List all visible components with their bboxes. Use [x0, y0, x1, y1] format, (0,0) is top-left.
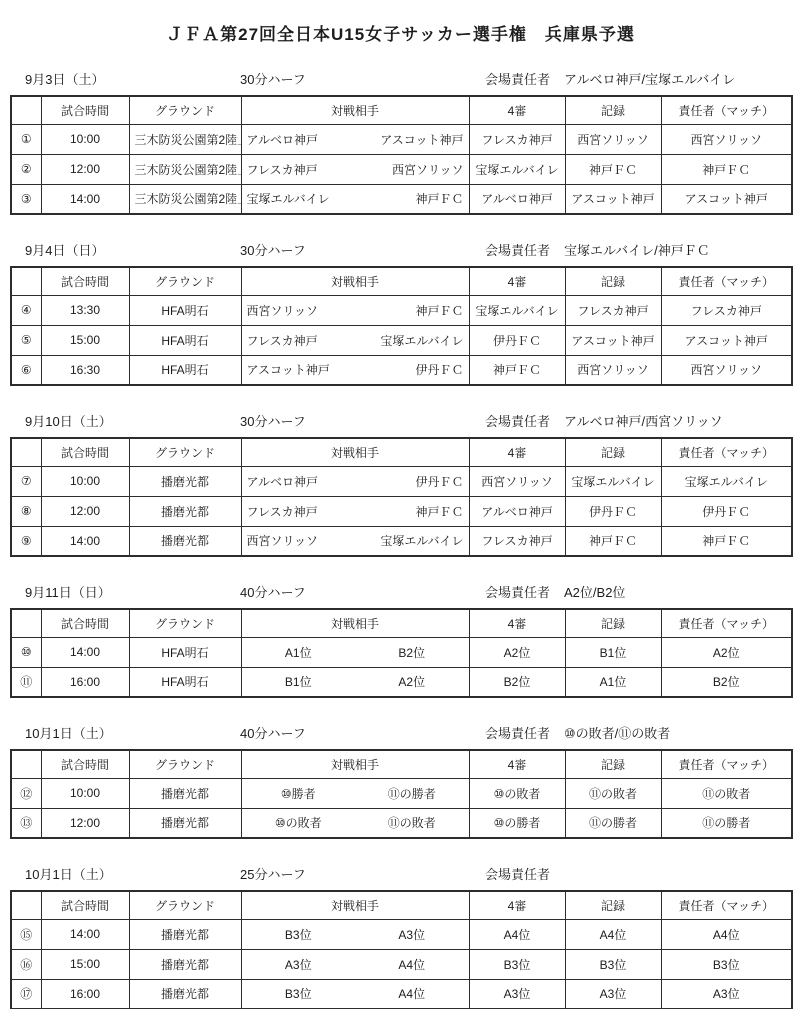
match-time: 12:00: [41, 496, 129, 526]
recorder: 神戸ＦＣ: [565, 154, 661, 184]
section-half-duration: 40分ハーフ: [240, 723, 485, 742]
col-header-matchup: 対戦相手: [241, 438, 469, 466]
schedule-section: 9月11日（日）40分ハーフ会場責任者A2位/B2位試合時間グラウンド対戦相手4…: [10, 582, 791, 698]
table-header-row: 試合時間グラウンド対戦相手4審記録責任者（マッチ）: [11, 891, 792, 919]
away-team: A4位: [355, 979, 469, 1009]
col-header-time: 試合時間: [41, 438, 129, 466]
section-header: 9月3日（土）30分ハーフ会場責任者アルベロ神戸/宝塚エルバイレ: [25, 69, 791, 88]
venue-manager-value: ⑩の敗者/⑪の敗者: [564, 726, 670, 741]
recorder: 伊丹ＦＣ: [565, 496, 661, 526]
away-team: B2位: [355, 637, 469, 667]
venue-manager-value: A2位/B2位: [564, 585, 625, 600]
match-ground: 播磨光都: [129, 949, 241, 979]
match-time: 14:00: [41, 526, 129, 556]
match-ground: 三木防災公園第2陸上: [129, 154, 241, 184]
match-manager: ⑪の勝者: [661, 808, 792, 838]
match-number: ⑰: [11, 979, 41, 1009]
match-time: 10:00: [41, 778, 129, 808]
home-team: アスコット神戸: [241, 355, 355, 385]
match-number: ③: [11, 184, 41, 214]
match-manager: 西宮ソリッソ: [661, 355, 792, 385]
schedule-document: ＪＦＡ第27回全日本U15女子サッカー選手権 兵庫県予選 9月3日（土）30分ハ…: [0, 0, 800, 1009]
match-number: ⑪: [11, 667, 41, 697]
home-team: フレスカ神戸: [241, 496, 355, 526]
fourth-official: フレスカ神戸: [469, 124, 565, 154]
table-row: ③14:00三木防災公園第2陸上宝塚エルバイレ神戸ＦＣアルベロ神戸アスコット神戸…: [11, 184, 792, 214]
match-ground: 播磨光都: [129, 466, 241, 496]
page-title: ＪＦＡ第27回全日本U15女子サッカー選手権 兵庫県予選: [10, 20, 791, 45]
match-manager: A4位: [661, 919, 792, 949]
fourth-official: 宝塚エルバイレ: [469, 295, 565, 325]
col-header-fourth-official: 4審: [469, 609, 565, 637]
schedule-table: 試合時間グラウンド対戦相手4審記録責任者（マッチ）⑮14:00播磨光都B3位A3…: [10, 890, 793, 1009]
match-ground: HFA明石: [129, 667, 241, 697]
col-header-matchup: 対戦相手: [241, 891, 469, 919]
away-team: 伊丹ＦＣ: [355, 466, 469, 496]
recorder: アスコット神戸: [565, 184, 661, 214]
away-team: 西宮ソリッソ: [355, 154, 469, 184]
col-header-manager: 責任者（マッチ）: [661, 438, 792, 466]
col-header-number: [11, 891, 41, 919]
schedule-table: 試合時間グラウンド対戦相手4審記録責任者（マッチ）①10:00三木防災公園第2陸…: [10, 95, 793, 215]
match-number: ⑦: [11, 466, 41, 496]
section-half-duration: 40分ハーフ: [240, 582, 485, 601]
col-header-ground: グラウンド: [129, 609, 241, 637]
section-header: 9月10日（土）30分ハーフ会場責任者アルベロ神戸/西宮ソリッソ: [25, 411, 791, 430]
home-team: B3位: [241, 919, 355, 949]
home-team: アルベロ神戸: [241, 466, 355, 496]
match-time: 16:00: [41, 667, 129, 697]
match-time: 14:00: [41, 637, 129, 667]
schedule-section: 9月10日（土）30分ハーフ会場責任者アルベロ神戸/西宮ソリッソ試合時間グラウン…: [10, 411, 791, 557]
venue-manager-label: 会場責任者: [485, 726, 550, 741]
match-time: 12:00: [41, 808, 129, 838]
recorder: A4位: [565, 919, 661, 949]
match-ground: 三木防災公園第2陸上: [129, 184, 241, 214]
match-number: ⑮: [11, 919, 41, 949]
recorder: フレスカ神戸: [565, 295, 661, 325]
section-half-duration: 30分ハーフ: [240, 69, 485, 88]
match-number: ⑩: [11, 637, 41, 667]
fourth-official: アルベロ神戸: [469, 496, 565, 526]
match-ground: 播磨光都: [129, 979, 241, 1009]
section-half-duration: 30分ハーフ: [240, 240, 485, 259]
section-venue-manager: 会場責任者アルベロ神戸/宝塚エルバイレ: [485, 69, 735, 88]
schedule-table: 試合時間グラウンド対戦相手4審記録責任者（マッチ）⑦10:00播磨光都アルベロ神…: [10, 437, 793, 557]
fourth-official: B3位: [469, 949, 565, 979]
section-half-duration: 30分ハーフ: [240, 411, 485, 430]
section-venue-manager: 会場責任者A2位/B2位: [485, 582, 625, 601]
fourth-official: フレスカ神戸: [469, 526, 565, 556]
recorder: B1位: [565, 637, 661, 667]
col-header-ground: グラウンド: [129, 267, 241, 295]
col-header-matchup: 対戦相手: [241, 750, 469, 778]
col-header-time: 試合時間: [41, 750, 129, 778]
fourth-official: B2位: [469, 667, 565, 697]
col-header-record: 記録: [565, 609, 661, 637]
match-number: ①: [11, 124, 41, 154]
section-venue-manager: 会場責任者アルベロ神戸/西宮ソリッソ: [485, 411, 723, 430]
match-time: 15:00: [41, 325, 129, 355]
table-row: ⑰16:00播磨光都B3位A4位A3位A3位A3位: [11, 979, 792, 1009]
fourth-official: A3位: [469, 979, 565, 1009]
section-header: 10月1日（土）25分ハーフ会場責任者: [25, 864, 791, 883]
away-team: 伊丹ＦＣ: [355, 355, 469, 385]
table-header-row: 試合時間グラウンド対戦相手4審記録責任者（マッチ）: [11, 750, 792, 778]
home-team: 西宮ソリッソ: [241, 295, 355, 325]
match-time: 12:00: [41, 154, 129, 184]
match-ground: HFA明石: [129, 355, 241, 385]
schedule-sections-container: 9月3日（土）30分ハーフ会場責任者アルベロ神戸/宝塚エルバイレ試合時間グラウン…: [10, 69, 791, 1009]
fourth-official: ⑩の勝者: [469, 808, 565, 838]
col-header-manager: 責任者（マッチ）: [661, 267, 792, 295]
col-header-number: [11, 438, 41, 466]
section-half-duration: 25分ハーフ: [240, 864, 485, 883]
col-header-fourth-official: 4審: [469, 750, 565, 778]
venue-manager-value: アルベロ神戸/西宮ソリッソ: [564, 414, 723, 429]
schedule-section: 10月1日（土）40分ハーフ会場責任者⑩の敗者/⑪の敗者試合時間グラウンド対戦相…: [10, 723, 791, 839]
schedule-table: 試合時間グラウンド対戦相手4審記録責任者（マッチ）⑩14:00HFA明石A1位B…: [10, 608, 793, 698]
table-row: ⑯15:00播磨光都A3位A4位B3位B3位B3位: [11, 949, 792, 979]
away-team: アスコット神戸: [355, 124, 469, 154]
table-row: ⑨14:00播磨光都西宮ソリッソ宝塚エルバイレフレスカ神戸神戸ＦＣ神戸ＦＣ: [11, 526, 792, 556]
schedule-section: 9月3日（土）30分ハーフ会場責任者アルベロ神戸/宝塚エルバイレ試合時間グラウン…: [10, 69, 791, 215]
match-number: ⑬: [11, 808, 41, 838]
section-venue-manager: 会場責任者宝塚エルバイレ/神戸ＦＣ: [485, 240, 710, 259]
away-team: 神戸ＦＣ: [355, 496, 469, 526]
col-header-number: [11, 750, 41, 778]
match-manager: アスコット神戸: [661, 184, 792, 214]
match-manager: フレスカ神戸: [661, 295, 792, 325]
col-header-record: 記録: [565, 750, 661, 778]
match-time: 10:00: [41, 124, 129, 154]
schedule-section: 9月4日（日）30分ハーフ会場責任者宝塚エルバイレ/神戸ＦＣ試合時間グラウンド対…: [10, 240, 791, 386]
match-manager: B2位: [661, 667, 792, 697]
match-ground: 播磨光都: [129, 526, 241, 556]
table-row: ⑥16:30HFA明石アスコット神戸伊丹ＦＣ神戸ＦＣ西宮ソリッソ西宮ソリッソ: [11, 355, 792, 385]
fourth-official: A4位: [469, 919, 565, 949]
home-team: A1位: [241, 637, 355, 667]
col-header-ground: グラウンド: [129, 438, 241, 466]
table-row: ⑫10:00播磨光都⑩勝者⑪の勝者⑩の敗者⑪の敗者⑪の敗者: [11, 778, 792, 808]
col-header-time: 試合時間: [41, 96, 129, 124]
match-time: 13:30: [41, 295, 129, 325]
recorder: A3位: [565, 979, 661, 1009]
col-header-fourth-official: 4審: [469, 438, 565, 466]
col-header-ground: グラウンド: [129, 750, 241, 778]
away-team: 宝塚エルバイレ: [355, 325, 469, 355]
match-ground: 播磨光都: [129, 496, 241, 526]
match-manager: 西宮ソリッソ: [661, 124, 792, 154]
match-time: 16:30: [41, 355, 129, 385]
table-row: ⑬12:00播磨光都⑩の敗者⑪の敗者⑩の勝者⑪の勝者⑪の勝者: [11, 808, 792, 838]
recorder: アスコット神戸: [565, 325, 661, 355]
match-manager: B3位: [661, 949, 792, 979]
col-header-matchup: 対戦相手: [241, 96, 469, 124]
away-team: 神戸ＦＣ: [355, 295, 469, 325]
section-header: 10月1日（土）40分ハーフ会場責任者⑩の敗者/⑪の敗者: [25, 723, 791, 742]
fourth-official: 宝塚エルバイレ: [469, 154, 565, 184]
fourth-official: ⑩の敗者: [469, 778, 565, 808]
match-number: ⑧: [11, 496, 41, 526]
venue-manager-value: 宝塚エルバイレ/神戸ＦＣ: [564, 243, 710, 258]
table-header-row: 試合時間グラウンド対戦相手4審記録責任者（マッチ）: [11, 609, 792, 637]
match-time: 14:00: [41, 184, 129, 214]
table-row: ⑮14:00播磨光都B3位A3位A4位A4位A4位: [11, 919, 792, 949]
match-time: 10:00: [41, 466, 129, 496]
col-header-time: 試合時間: [41, 609, 129, 637]
fourth-official: 伊丹ＦＣ: [469, 325, 565, 355]
home-team: ⑩の敗者: [241, 808, 355, 838]
col-header-time: 試合時間: [41, 891, 129, 919]
table-row: ④13:30HFA明石西宮ソリッソ神戸ＦＣ宝塚エルバイレフレスカ神戸フレスカ神戸: [11, 295, 792, 325]
venue-manager-label: 会場責任者: [485, 243, 550, 258]
match-manager: 神戸ＦＣ: [661, 526, 792, 556]
match-manager: ⑪の敗者: [661, 778, 792, 808]
col-header-ground: グラウンド: [129, 96, 241, 124]
away-team: A4位: [355, 949, 469, 979]
fourth-official: 西宮ソリッソ: [469, 466, 565, 496]
fourth-official: 神戸ＦＣ: [469, 355, 565, 385]
table-row: ②12:00三木防災公園第2陸上フレスカ神戸西宮ソリッソ宝塚エルバイレ神戸ＦＣ神…: [11, 154, 792, 184]
home-team: フレスカ神戸: [241, 154, 355, 184]
col-header-manager: 責任者（マッチ）: [661, 750, 792, 778]
recorder: 西宮ソリッソ: [565, 124, 661, 154]
col-header-number: [11, 96, 41, 124]
match-ground: HFA明石: [129, 637, 241, 667]
table-row: ⑦10:00播磨光都アルベロ神戸伊丹ＦＣ西宮ソリッソ宝塚エルバイレ宝塚エルバイレ: [11, 466, 792, 496]
home-team: A3位: [241, 949, 355, 979]
schedule-section: 10月1日（土）25分ハーフ会場責任者試合時間グラウンド対戦相手4審記録責任者（…: [10, 864, 791, 1009]
venue-manager-label: 会場責任者: [485, 585, 550, 600]
match-manager: 伊丹ＦＣ: [661, 496, 792, 526]
match-ground: HFA明石: [129, 295, 241, 325]
table-row: ⑧12:00播磨光都フレスカ神戸神戸ＦＣアルベロ神戸伊丹ＦＣ伊丹ＦＣ: [11, 496, 792, 526]
recorder: 神戸ＦＣ: [565, 526, 661, 556]
match-time: 16:00: [41, 979, 129, 1009]
match-time: 14:00: [41, 919, 129, 949]
col-header-record: 記録: [565, 96, 661, 124]
section-venue-manager: 会場責任者⑩の敗者/⑪の敗者: [485, 723, 670, 742]
table-header-row: 試合時間グラウンド対戦相手4審記録責任者（マッチ）: [11, 438, 792, 466]
section-date: 10月1日（土）: [25, 864, 240, 883]
col-header-time: 試合時間: [41, 267, 129, 295]
schedule-table: 試合時間グラウンド対戦相手4審記録責任者（マッチ）④13:30HFA明石西宮ソリ…: [10, 266, 793, 386]
table-row: ⑩14:00HFA明石A1位B2位A2位B1位A2位: [11, 637, 792, 667]
match-manager: アスコット神戸: [661, 325, 792, 355]
home-team: B3位: [241, 979, 355, 1009]
venue-manager-label: 会場責任者: [485, 414, 550, 429]
col-header-fourth-official: 4審: [469, 96, 565, 124]
home-team: 宝塚エルバイレ: [241, 184, 355, 214]
match-ground: 三木防災公園第2陸上: [129, 124, 241, 154]
recorder: ⑪の勝者: [565, 808, 661, 838]
col-header-manager: 責任者（マッチ）: [661, 609, 792, 637]
fourth-official: A2位: [469, 637, 565, 667]
recorder: 西宮ソリッソ: [565, 355, 661, 385]
away-team: A3位: [355, 919, 469, 949]
col-header-matchup: 対戦相手: [241, 267, 469, 295]
section-header: 9月11日（日）40分ハーフ会場責任者A2位/B2位: [25, 582, 791, 601]
home-team: アルベロ神戸: [241, 124, 355, 154]
away-team: 神戸ＦＣ: [355, 184, 469, 214]
away-team: ⑪の勝者: [355, 778, 469, 808]
col-header-manager: 責任者（マッチ）: [661, 891, 792, 919]
venue-manager-label: 会場責任者: [485, 867, 550, 882]
section-date: 9月4日（日）: [25, 240, 240, 259]
match-manager: A2位: [661, 637, 792, 667]
away-team: A2位: [355, 667, 469, 697]
section-date: 9月10日（土）: [25, 411, 240, 430]
venue-manager-value: アルベロ神戸/宝塚エルバイレ: [564, 72, 735, 87]
table-row: ⑤15:00HFA明石フレスカ神戸宝塚エルバイレ伊丹ＦＣアスコット神戸アスコット…: [11, 325, 792, 355]
section-date: 10月1日（土）: [25, 723, 240, 742]
recorder: 宝塚エルバイレ: [565, 466, 661, 496]
table-row: ⑪16:00HFA明石B1位A2位B2位A1位B2位: [11, 667, 792, 697]
table-header-row: 試合時間グラウンド対戦相手4審記録責任者（マッチ）: [11, 96, 792, 124]
match-ground: HFA明石: [129, 325, 241, 355]
col-header-manager: 責任者（マッチ）: [661, 96, 792, 124]
match-number: ⑫: [11, 778, 41, 808]
table-header-row: 試合時間グラウンド対戦相手4審記録責任者（マッチ）: [11, 267, 792, 295]
schedule-table: 試合時間グラウンド対戦相手4審記録責任者（マッチ）⑫10:00播磨光都⑩勝者⑪の…: [10, 749, 793, 839]
match-number: ⑥: [11, 355, 41, 385]
col-header-fourth-official: 4審: [469, 267, 565, 295]
match-ground: 播磨光都: [129, 808, 241, 838]
match-manager: 神戸ＦＣ: [661, 154, 792, 184]
home-team: B1位: [241, 667, 355, 697]
match-ground: 播磨光都: [129, 778, 241, 808]
recorder: A1位: [565, 667, 661, 697]
col-header-fourth-official: 4審: [469, 891, 565, 919]
col-header-matchup: 対戦相手: [241, 609, 469, 637]
match-number: ④: [11, 295, 41, 325]
match-ground: 播磨光都: [129, 919, 241, 949]
col-header-number: [11, 267, 41, 295]
col-header-record: 記録: [565, 438, 661, 466]
match-number: ⑨: [11, 526, 41, 556]
col-header-record: 記録: [565, 891, 661, 919]
section-header: 9月4日（日）30分ハーフ会場責任者宝塚エルバイレ/神戸ＦＣ: [25, 240, 791, 259]
home-team: 西宮ソリッソ: [241, 526, 355, 556]
section-date: 9月11日（日）: [25, 582, 240, 601]
match-manager: 宝塚エルバイレ: [661, 466, 792, 496]
col-header-number: [11, 609, 41, 637]
home-team: フレスカ神戸: [241, 325, 355, 355]
section-venue-manager: 会場責任者: [485, 864, 564, 883]
home-team: ⑩勝者: [241, 778, 355, 808]
col-header-record: 記録: [565, 267, 661, 295]
fourth-official: アルベロ神戸: [469, 184, 565, 214]
away-team: ⑪の敗者: [355, 808, 469, 838]
recorder: B3位: [565, 949, 661, 979]
match-time: 15:00: [41, 949, 129, 979]
away-team: 宝塚エルバイレ: [355, 526, 469, 556]
recorder: ⑪の敗者: [565, 778, 661, 808]
match-number: ②: [11, 154, 41, 184]
col-header-ground: グラウンド: [129, 891, 241, 919]
match-number: ⑤: [11, 325, 41, 355]
venue-manager-label: 会場責任者: [485, 72, 550, 87]
match-number: ⑯: [11, 949, 41, 979]
match-manager: A3位: [661, 979, 792, 1009]
section-date: 9月3日（土）: [25, 69, 240, 88]
table-row: ①10:00三木防災公園第2陸上アルベロ神戸アスコット神戸フレスカ神戸西宮ソリッ…: [11, 124, 792, 154]
